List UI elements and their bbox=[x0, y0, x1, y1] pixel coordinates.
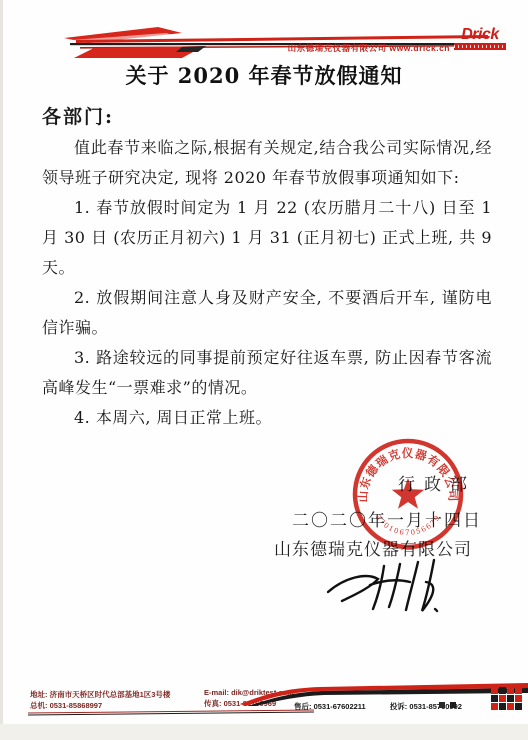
footer-service-block: 售后: 0531-67602211 投诉: 0531-85760992 bbox=[294, 701, 462, 712]
footer-aftersales: 售后: 0531-67602211 bbox=[294, 702, 366, 711]
salutation: 各部门: bbox=[42, 102, 492, 129]
seal-number: 3701067056679 bbox=[374, 513, 442, 537]
footer-pixel-logo bbox=[491, 687, 522, 710]
svg-text:3701067056679: 3701067056679 bbox=[374, 513, 442, 537]
paragraph-item-2: 2. 放假期间注意人身及财产安全, 不要酒后开车, 谨防电信诈骗。 bbox=[42, 283, 492, 343]
notice-document: 山东德瑞克仪器有限公司 www.drick.cn Drick 关于 2020 年… bbox=[0, 0, 528, 740]
handwritten-signature bbox=[322, 552, 467, 614]
footer-address: 地址: 济南市天桥区时代总部基地1区3号楼 bbox=[30, 689, 170, 700]
paragraph-item-1: 1. 春节放假时间定为 1 月 22 (农历腊月二十八) 日至 1 月 30 日… bbox=[42, 193, 492, 283]
letterhead-company-name: 山东德瑞克仪器有限公司 bbox=[288, 43, 387, 53]
letterhead-website: www.drick.cn bbox=[390, 43, 450, 53]
letterhead-company-line: 山东德瑞克仪器有限公司 www.drick.cn bbox=[288, 42, 450, 54]
scan-edge bbox=[0, 0, 3, 740]
company-seal: 山东德瑞克仪器有限公司 3701067056679 bbox=[348, 434, 468, 554]
scan-bottom-strip bbox=[0, 724, 528, 740]
footer-address-block: 地址: 济南市天桥区时代总部基地1区3号楼 总机: 0531-85868997 bbox=[30, 689, 170, 711]
notice-title: 关于 2020 年春节放假通知 bbox=[0, 60, 528, 90]
footer-mini-squares bbox=[439, 702, 456, 708]
notice-body: 各部门: 值此春节来临之际,根据有关规定,结合我公司实际情况,经领导班子研究决定… bbox=[42, 102, 492, 433]
paragraph-intro: 值此春节来临之际,根据有关规定,结合我公司实际情况,经领导班子研究决定, 现将 … bbox=[42, 133, 492, 193]
seal-star bbox=[392, 478, 424, 509]
drick-logo-text: Drick bbox=[454, 27, 506, 42]
drick-logo-tagline-bar bbox=[454, 43, 506, 50]
drick-logo: Drick bbox=[454, 27, 506, 50]
footer-switchboard: 总机: 0531-85868997 bbox=[30, 700, 170, 711]
paragraph-item-4: 4. 本周六, 周日正常上班。 bbox=[42, 403, 492, 433]
paragraph-item-3: 3. 路途较远的同事提前预定好往返车票, 防止因春节客流高峰发生“一票难求”的情… bbox=[42, 343, 492, 403]
